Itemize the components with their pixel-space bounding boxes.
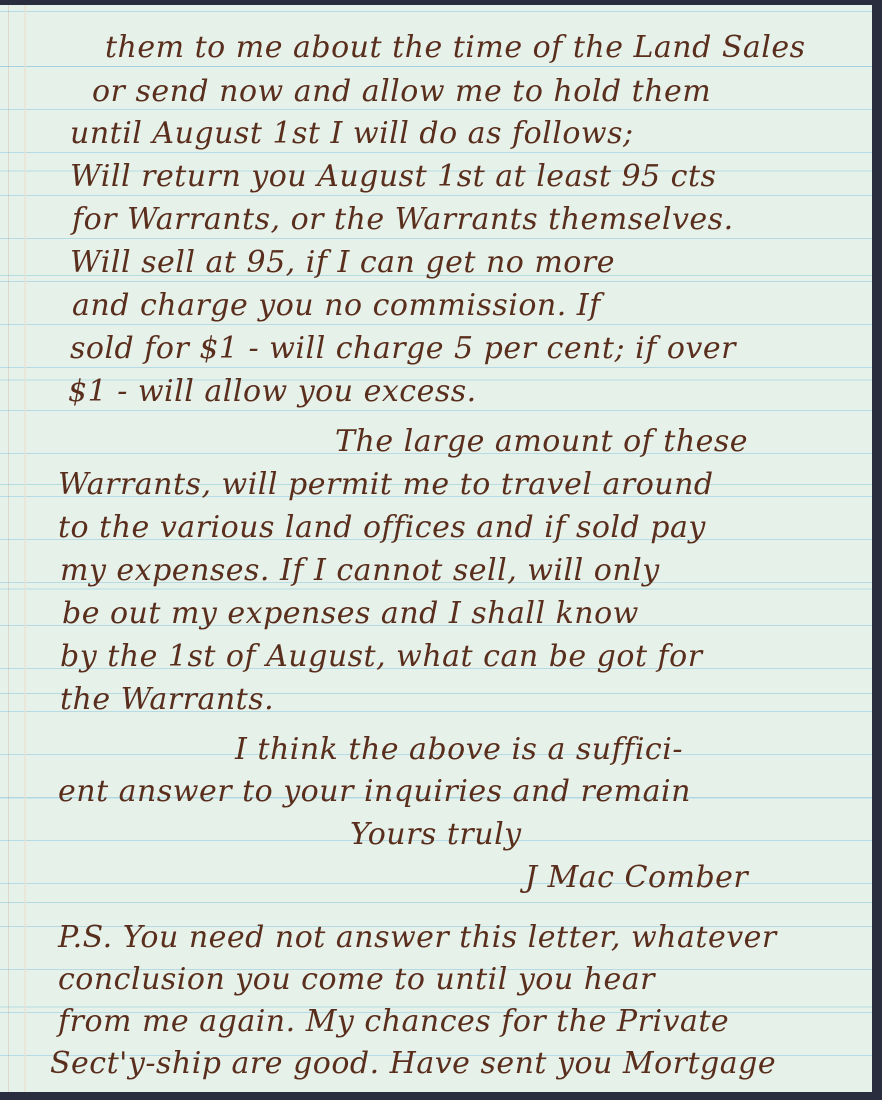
closing-salutation: Yours truly [350,820,522,850]
body-line: until August 1st I will do as follows; [70,119,634,149]
paragraph-line: the Warrants. [60,685,274,715]
paragraph-line: The large amount of these [335,427,748,457]
body-line: Will return you August 1st at least 95 c… [70,162,716,192]
paragraph-line: Warrants, will permit me to travel aroun… [58,470,714,500]
paragraph-line: be out my expenses and I shall know [62,599,639,629]
body-line: for Warrants, or the Warrants themselves… [72,205,734,235]
paragraph-line: my expenses. If I cannot sell, will only [60,556,660,586]
paragraph-line: ent answer to your inquiries and remain [58,777,691,807]
paragraph-line: by the 1st of August, what can be got fo… [60,642,703,672]
body-line: and charge you no commission. If [72,291,601,321]
body-line: or send now and allow me to hold them [92,77,711,107]
signature: J Mac Comber [525,863,748,893]
paragraph-line: I think the above is a suffici- [235,735,683,765]
paper-fold [24,5,26,1092]
body-line: them to me about the time of the Land Sa… [105,33,806,63]
postscript-line: from me again. My chances for the Privat… [58,1007,729,1037]
paragraph-line: to the various land offices and if sold … [58,513,706,543]
margin-line [8,5,9,1092]
postscript-line: conclusion you come to until you hear [58,965,655,995]
letter-page: them to me about the time of the Land Sa… [0,5,872,1092]
postscript-line: P.S. You need not answer this letter, wh… [58,923,777,953]
body-line: Will sell at 95, if I can get no more [70,248,615,278]
body-line: $1 - will allow you excess. [68,377,477,407]
body-line: sold for $1 - will charge 5 per cent; if… [70,334,736,364]
postscript-line: Sect'y-ship are good. Have sent you Mort… [50,1049,776,1079]
